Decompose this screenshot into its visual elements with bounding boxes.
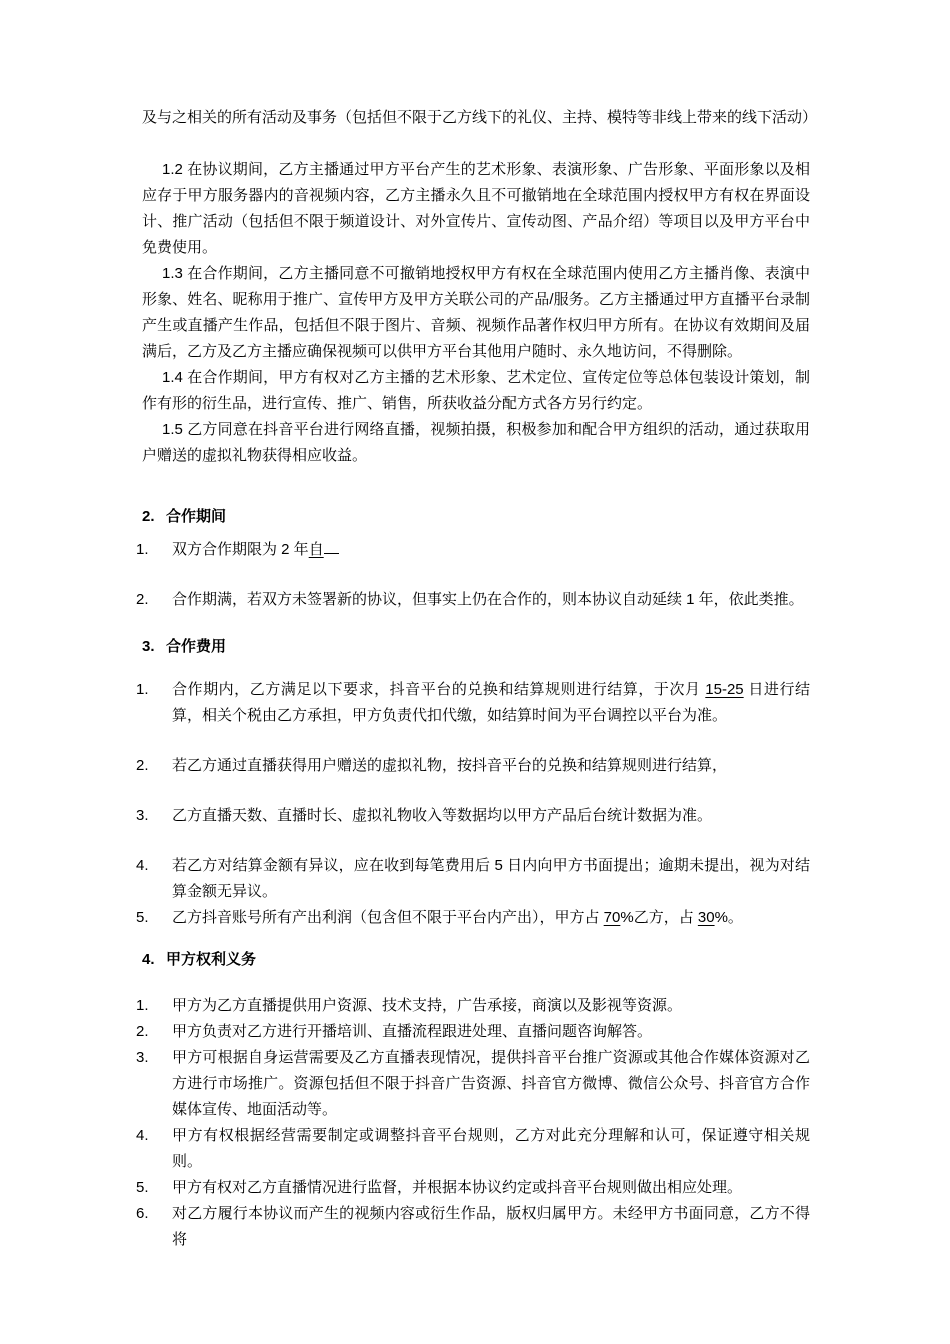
item-number: 2. [136, 1019, 172, 1045]
item-text: 若乙方通过直播获得用户赠送的虚拟礼物，按抖音平台的兑换和结算规则进行结算， [172, 753, 810, 779]
section-3-heading: 3.合作费用 [142, 634, 810, 660]
section-2-title: 合作期间 [166, 508, 226, 525]
text-segment: 若乙方对结算金额有异议，应在收到每笔费用后 5 日内向甲方书面提出；逾期未提出，… [172, 857, 810, 900]
item-text: 乙方直播天数、直播时长、虚拟礼物收入等数据均以甲方产品后台统计数据为准。 [172, 803, 810, 829]
text-segment: 甲方为乙方直播提供用户资源、技术支持，广告承接，商演以及影视等资源。 [172, 997, 682, 1014]
section-3-title: 合作费用 [166, 638, 226, 655]
item-text: 合作期满，若双方未签署新的协议，但事实上仍在合作的，则本协议自动延续 1 年，依… [172, 587, 810, 613]
section-2-heading: 2.合作期间 [142, 504, 810, 530]
text-segment: 合作期满，若双方未签署新的协议，但事实上仍在合作的，则本协议自动延续 1 年，依… [172, 591, 804, 608]
item-number: 1. [136, 537, 172, 563]
text-segment: 合作期内，乙方满足以下要求，抖音平台的兑换和结算规则进行结算，于次月 [172, 681, 705, 698]
section-2-item-1: 1. 双方合作期限为 2 年自 [136, 537, 810, 563]
fill-in-blank-line [324, 539, 339, 554]
section-4-item-2: 2. 甲方负责对乙方进行开播培训、直播流程跟进处理、直播问题咨询解答。 [136, 1019, 810, 1045]
underlined-segment: 15-25 [705, 681, 743, 698]
section-4-number: 4. [142, 947, 166, 973]
item-text: 若乙方对结算金额有异议，应在收到每笔费用后 5 日内向甲方书面提出；逾期未提出，… [172, 853, 810, 905]
item-text: 双方合作期限为 2 年自 [172, 537, 810, 563]
item-number: 3. [136, 1045, 172, 1123]
section-4-item-3: 3. 甲方可根据自身运营需要及乙方直播表现情况，提供抖音平台推广资源或其他合作媒… [136, 1045, 810, 1123]
item-text: 对乙方履行本协议而产生的视频内容或衍生作品，版权归属甲方。未经甲方书面同意，乙方… [172, 1201, 810, 1253]
item-text: 甲方可根据自身运营需要及乙方直播表现情况，提供抖音平台推广资源或其他合作媒体资源… [172, 1045, 810, 1123]
item-text: 甲方负责对乙方进行开播培训、直播流程跟进处理、直播问题咨询解答。 [172, 1019, 810, 1045]
text-segment: 若乙方通过直播获得用户赠送的虚拟礼物，按抖音平台的兑换和结算规则进行结算， [172, 757, 727, 774]
text-segment: 双方合作期限为 2 年 [172, 541, 309, 558]
clause-1-4: 1.4 在合作期间，甲方有权对乙方主播的艺术形象、艺术定位、宣传定位等总体包装设… [142, 365, 810, 417]
text-segment: 乙方抖音账号所有产出利润（包含但不限于平台内产出），甲方占 [172, 909, 604, 926]
item-number: 2. [136, 753, 172, 779]
section-4-item-4: 4. 甲方有权根据经营需要制定或调整抖音平台规则，乙方对此充分理解和认可，保证遵… [136, 1123, 810, 1175]
section-4-item-1: 1. 甲方为乙方直播提供用户资源、技术支持，广告承接，商演以及影视等资源。 [136, 993, 810, 1019]
section-4-heading: 4.甲方权利义务 [142, 947, 810, 973]
text-segment: 甲方有权对乙方直播情况进行监督，并根据本协议约定或抖音平台规则做出相应处理。 [172, 1179, 742, 1196]
underlined-segment: 70 [604, 909, 621, 926]
clause-1-5: 1.5 乙方同意在抖音平台进行网络直播，视频拍摄，积极参加和配合甲方组织的活动，… [142, 417, 810, 469]
item-number: 1. [136, 993, 172, 1019]
item-number: 2. [136, 587, 172, 613]
intro-paragraph: 及与之相关的所有活动及事务（包括但不限于乙方线下的礼仪、主持、模特等非线上带来的… [142, 105, 810, 131]
section-3-item-3: 3. 乙方直播天数、直播时长、虚拟礼物收入等数据均以甲方产品后台统计数据为准。 [136, 803, 810, 829]
text-segment: 甲方有权根据经营需要制定或调整抖音平台规则，乙方对此充分理解和认可，保证遵守相关… [172, 1127, 810, 1170]
item-number: 5. [136, 1175, 172, 1201]
clause-1-2: 1.2 在协议期间，乙方主播通过甲方平台产生的艺术形象、表演形象、广告形象、平面… [142, 157, 810, 261]
text-segment: 对乙方履行本协议而产生的视频内容或衍生作品，版权归属甲方。未经甲方书面同意，乙方… [172, 1205, 810, 1248]
item-number: 1. [136, 677, 172, 729]
clause-1-3: 1.3 在合作期间，乙方主播同意不可撤销地授权甲方有权在全球范围内使用乙方主播肖… [142, 261, 810, 365]
item-text: 合作期内，乙方满足以下要求，抖音平台的兑换和结算规则进行结算，于次月 15-25… [172, 677, 810, 729]
item-number: 4. [136, 853, 172, 905]
item-number: 5. [136, 905, 172, 931]
item-text: 甲方有权根据经营需要制定或调整抖音平台规则，乙方对此充分理解和认可，保证遵守相关… [172, 1123, 810, 1175]
item-number: 4. [136, 1123, 172, 1175]
text-segment: 甲方可根据自身运营需要及乙方直播表现情况，提供抖音平台推广资源或其他合作媒体资源… [172, 1049, 810, 1118]
underlined-segment: 30 [698, 909, 715, 926]
text-segment: 乙方直播天数、直播时长、虚拟礼物收入等数据均以甲方产品后台统计数据为准。 [172, 807, 712, 824]
section-4-item-5: 5. 甲方有权对乙方直播情况进行监督，并根据本协议约定或抖音平台规则做出相应处理… [136, 1175, 810, 1201]
section-3-item-4: 4. 若乙方对结算金额有异议，应在收到每笔费用后 5 日内向甲方书面提出；逾期未… [136, 853, 810, 905]
section-2-item-2: 2. 合作期满，若双方未签署新的协议，但事实上仍在合作的，则本协议自动延续 1 … [136, 587, 810, 613]
section-3-item-2: 2. 若乙方通过直播获得用户赠送的虚拟礼物，按抖音平台的兑换和结算规则进行结算， [136, 753, 810, 779]
item-text: 乙方抖音账号所有产出利润（包含但不限于平台内产出），甲方占 70%乙方，占 30… [172, 905, 810, 931]
item-text: 甲方有权对乙方直播情况进行监督，并根据本协议约定或抖音平台规则做出相应处理。 [172, 1175, 810, 1201]
item-number: 3. [136, 803, 172, 829]
item-text: 甲方为乙方直播提供用户资源、技术支持，广告承接，商演以及影视等资源。 [172, 993, 810, 1019]
contract-page: 及与之相关的所有活动及事务（包括但不限于乙方线下的礼仪、主持、模特等非线上带来的… [0, 0, 950, 1344]
section-3-item-5: 5. 乙方抖音账号所有产出利润（包含但不限于平台内产出），甲方占 70%乙方，占… [136, 905, 810, 931]
section-4-item-6: 6. 对乙方履行本协议而产生的视频内容或衍生作品，版权归属甲方。未经甲方书面同意… [136, 1201, 810, 1253]
section-4-title: 甲方权利义务 [166, 951, 256, 968]
text-segment: %乙方，占 [620, 909, 698, 926]
item-number: 6. [136, 1201, 172, 1253]
text-segment: %。 [715, 909, 743, 926]
section-3-item-1: 1. 合作期内，乙方满足以下要求，抖音平台的兑换和结算规则进行结算，于次月 15… [136, 677, 810, 729]
section-3-number: 3. [142, 634, 166, 660]
section-2-number: 2. [142, 504, 166, 530]
text-segment: 甲方负责对乙方进行开播培训、直播流程跟进处理、直播问题咨询解答。 [172, 1023, 652, 1040]
underlined-segment: 自 [309, 541, 324, 558]
